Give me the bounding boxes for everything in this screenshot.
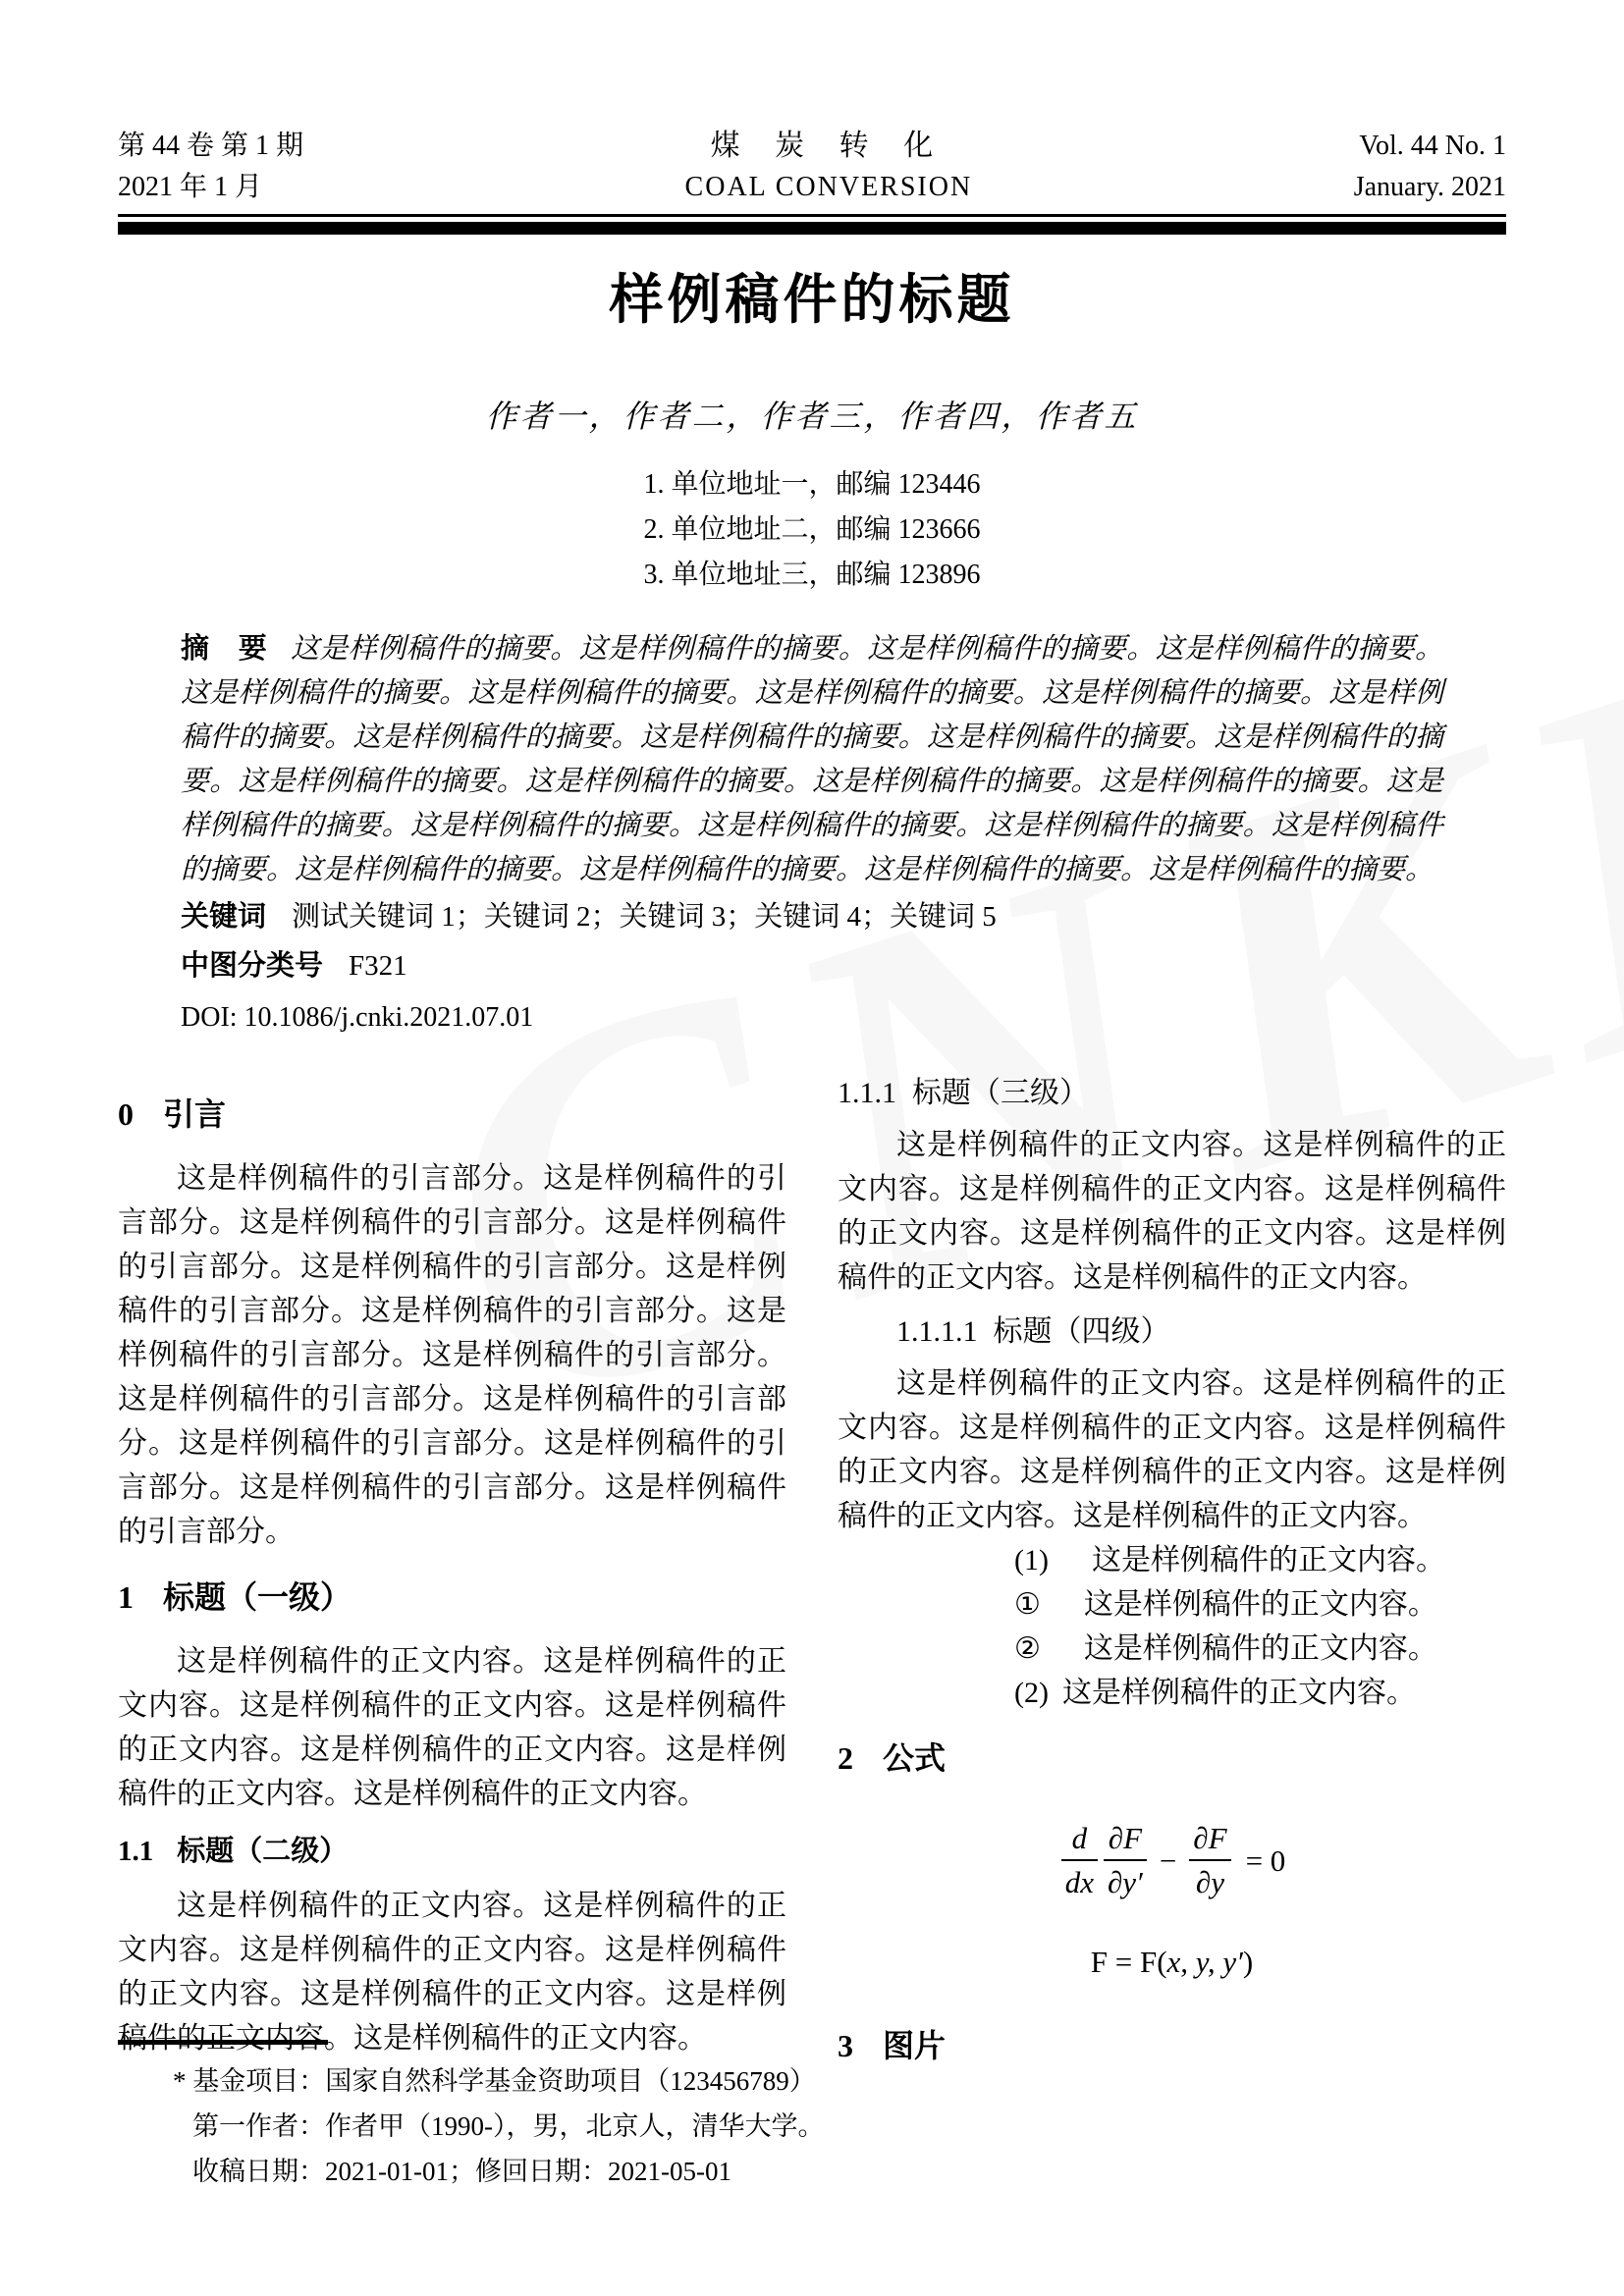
date-line-en: January. 2021 bbox=[1354, 167, 1506, 208]
keywords-value: 测试关键词 1；关键词 2；关键词 3；关键词 4；关键词 5 bbox=[292, 901, 997, 933]
heading-level3-number: 1.1.1 bbox=[838, 1077, 896, 1109]
heading-intro-number: 0 bbox=[118, 1096, 134, 1132]
fraction-d-dx: ddx bbox=[1061, 1820, 1098, 1900]
fraction-dF-dy: ∂F∂y bbox=[1189, 1820, 1230, 1900]
header-volume-issue: 第 44 卷 第 1 期 2021 年 1 月 bbox=[118, 126, 303, 208]
doi-line: DOI: 10.1086/j.cnki.2021.07.01 bbox=[181, 996, 1443, 1040]
author-list: 作者一，作者二，作者三，作者四，作者五 bbox=[118, 392, 1506, 437]
body-columns: 0引言 这是样例稿件的引言部分。这是样例稿件的引言部分。这是样例稿件的引言部分。… bbox=[118, 1071, 1506, 2088]
formula-block: ddx ∂F∂y′ − ∂F∂y = 0 F = F(x, y, y′) bbox=[838, 1820, 1506, 1981]
heading-formulas-number: 2 bbox=[838, 1740, 853, 1776]
heading-level1-number: 1 bbox=[118, 1579, 134, 1615]
list-item-1-text: 这是样例稿件的正文内容。 bbox=[1092, 1544, 1445, 1576]
dates-note: 收稿日期：2021-01-01；修回日期：2021-05-01 bbox=[118, 2149, 1506, 2194]
list-item-1: (1)这是样例稿件的正文内容。 bbox=[838, 1538, 1506, 1582]
section11-paragraph: 这是样例稿件的正文内容。这是样例稿件的正文内容。这是样例稿件的正文内容。这是样例… bbox=[118, 1884, 786, 2060]
first-author-note: 第一作者：作者甲（1990-），男，北京人，清华大学。 bbox=[118, 2104, 1506, 2149]
keywords-label: 关键词 bbox=[181, 901, 266, 933]
affiliation-list: 1. 单位地址一，邮编 123446 2. 单位地址二，邮编 123666 3.… bbox=[118, 462, 1506, 598]
abstract-text: 这是样例稿件的摘要。这是样例稿件的摘要。这是样例稿件的摘要。这是样例稿件的摘要。… bbox=[181, 633, 1443, 885]
section1111-paragraph: 这是样例稿件的正文内容。这是样例稿件的正文内容。这是样例稿件的正文内容。这是样例… bbox=[838, 1362, 1506, 1538]
volume-issue-line: 第 44 卷 第 1 期 bbox=[118, 126, 303, 167]
list-item-4-text: 这是样例稿件的正文内容。 bbox=[1062, 1677, 1416, 1709]
clc-label: 中图分类号 bbox=[181, 950, 323, 982]
section1-paragraph: 这是样例稿件的正文内容。这是样例稿件的正文内容。这是样例稿件的正文内容。这是样例… bbox=[118, 1639, 786, 1816]
header-vol-en: Vol. 44 No. 1 January. 2021 bbox=[1354, 126, 1506, 208]
journal-name-en: COAL CONVERSION bbox=[685, 167, 973, 208]
frac3-denominator: ∂y bbox=[1189, 1861, 1230, 1900]
heading-formulas: 2公式 bbox=[838, 1736, 1506, 1781]
vol-no-line: Vol. 44 No. 1 bbox=[1354, 126, 1506, 167]
abstract-label: 摘 要 bbox=[181, 633, 267, 665]
journal-header: 第 44 卷 第 1 期 2021 年 1 月 煤 炭 转 化 COAL CON… bbox=[118, 126, 1506, 208]
header-rule-thick bbox=[118, 222, 1506, 235]
heading-formulas-title: 公式 bbox=[883, 1740, 946, 1776]
keywords-line: 关键词测试关键词 1；关键词 2；关键词 3；关键词 4；关键词 5 bbox=[181, 892, 1443, 941]
heading-level2-title: 标题（二级） bbox=[177, 1836, 348, 1867]
footnote-block: * 基金项目：国家自然科学基金资助项目（123456789） 第一作者：作者甲（… bbox=[118, 2040, 1506, 2194]
formula2-lhs: F = F( bbox=[1091, 1944, 1167, 1980]
frac1-denominator: dx bbox=[1061, 1861, 1098, 1900]
intro-paragraph: 这是样例稿件的引言部分。这是样例稿件的引言部分。这是样例稿件的引言部分。这是样例… bbox=[118, 1156, 786, 1554]
affiliation-1: 1. 单位地址一，邮编 123446 bbox=[118, 462, 1506, 507]
heading-level1: 1标题（一级） bbox=[118, 1575, 786, 1620]
journal-name: 煤 炭 转 化 COAL CONVERSION bbox=[685, 126, 973, 208]
heading-intro-title: 引言 bbox=[163, 1096, 226, 1132]
right-column: 1.1.1标题（三级） 这是样例稿件的正文内容。这是样例稿件的正文内容。这是样例… bbox=[838, 1071, 1506, 2088]
footnote-rule bbox=[118, 2040, 328, 2045]
metadata-block: 关键词测试关键词 1；关键词 2；关键词 3；关键词 4；关键词 5 中图分类号… bbox=[181, 892, 1443, 990]
abstract: 摘 要这是样例稿件的摘要。这是样例稿件的摘要。这是样例稿件的摘要。这是样例稿件的… bbox=[181, 627, 1443, 892]
euler-lagrange-formula: ddx ∂F∂y′ − ∂F∂y = 0 bbox=[838, 1820, 1506, 1900]
list-item-2-marker: ① bbox=[955, 1582, 1041, 1627]
affiliation-3: 3. 单位地址三，邮编 123896 bbox=[118, 553, 1506, 598]
formula2-close: ) bbox=[1243, 1944, 1253, 1980]
frac3-numerator: ∂F bbox=[1189, 1820, 1230, 1861]
formula2-args: x, y, y′ bbox=[1167, 1944, 1243, 1980]
frac2-denominator: ∂y′ bbox=[1104, 1861, 1147, 1900]
heading-level4: 1.1.1.1标题（四级） bbox=[838, 1309, 1506, 1354]
article-title: 样例稿件的标题 bbox=[118, 268, 1506, 331]
heading-level4-title: 标题（四级） bbox=[994, 1315, 1170, 1348]
function-definition-formula: F = F(x, y, y′) bbox=[838, 1944, 1506, 1980]
list-item-2: ①这是样例稿件的正文内容。 bbox=[838, 1582, 1506, 1627]
clc-line: 中图分类号F321 bbox=[181, 941, 1443, 990]
list-item-2-text: 这是样例稿件的正文内容。 bbox=[1084, 1588, 1437, 1621]
heading-level4-number: 1.1.1.1 bbox=[896, 1315, 978, 1348]
affiliation-2: 2. 单位地址二，邮编 123666 bbox=[118, 507, 1506, 553]
minus-operator: − bbox=[1160, 1842, 1176, 1879]
journal-name-cn: 煤 炭 转 化 bbox=[685, 126, 973, 167]
list-item-3-marker: ② bbox=[955, 1627, 1041, 1671]
heading-level1-title: 标题（一级） bbox=[163, 1579, 352, 1615]
list-item-1-marker: (1) bbox=[955, 1538, 1049, 1582]
fraction-dF-dyprime: ∂F∂y′ bbox=[1104, 1820, 1147, 1900]
heading-intro: 0引言 bbox=[118, 1093, 786, 1137]
journal-page: CNKI 第 44 卷 第 1 期 2021 年 1 月 煤 炭 转 化 COA… bbox=[0, 0, 1624, 2296]
frac1-numerator: d bbox=[1061, 1820, 1098, 1861]
date-line-cn: 2021 年 1 月 bbox=[118, 167, 303, 208]
frac2-numerator: ∂F bbox=[1104, 1820, 1147, 1861]
heading-level3-title: 标题（三级） bbox=[912, 1077, 1089, 1109]
list-item-3-text: 这是样例稿件的正文内容。 bbox=[1084, 1632, 1437, 1665]
heading-level2-number: 1.1 bbox=[118, 1836, 153, 1867]
list-item-4: (2)这是样例稿件的正文内容。 bbox=[838, 1671, 1506, 1715]
equals-zero: = 0 bbox=[1246, 1842, 1286, 1879]
list-item-3: ②这是样例稿件的正文内容。 bbox=[838, 1627, 1506, 1671]
left-column: 0引言 这是样例稿件的引言部分。这是样例稿件的引言部分。这是样例稿件的引言部分。… bbox=[118, 1071, 786, 2088]
funding-note: * 基金项目：国家自然科学基金资助项目（123456789） bbox=[118, 2058, 1506, 2104]
heading-level3: 1.1.1标题（三级） bbox=[838, 1071, 1506, 1115]
header-rule-thin bbox=[118, 214, 1506, 217]
clc-value: F321 bbox=[349, 950, 407, 982]
heading-level2: 1.1标题（二级） bbox=[118, 1830, 786, 1874]
section111-paragraph: 这是样例稿件的正文内容。这是样例稿件的正文内容。这是样例稿件的正文内容。这是样例… bbox=[838, 1123, 1506, 1300]
list-item-4-marker: (2) bbox=[955, 1671, 1049, 1715]
